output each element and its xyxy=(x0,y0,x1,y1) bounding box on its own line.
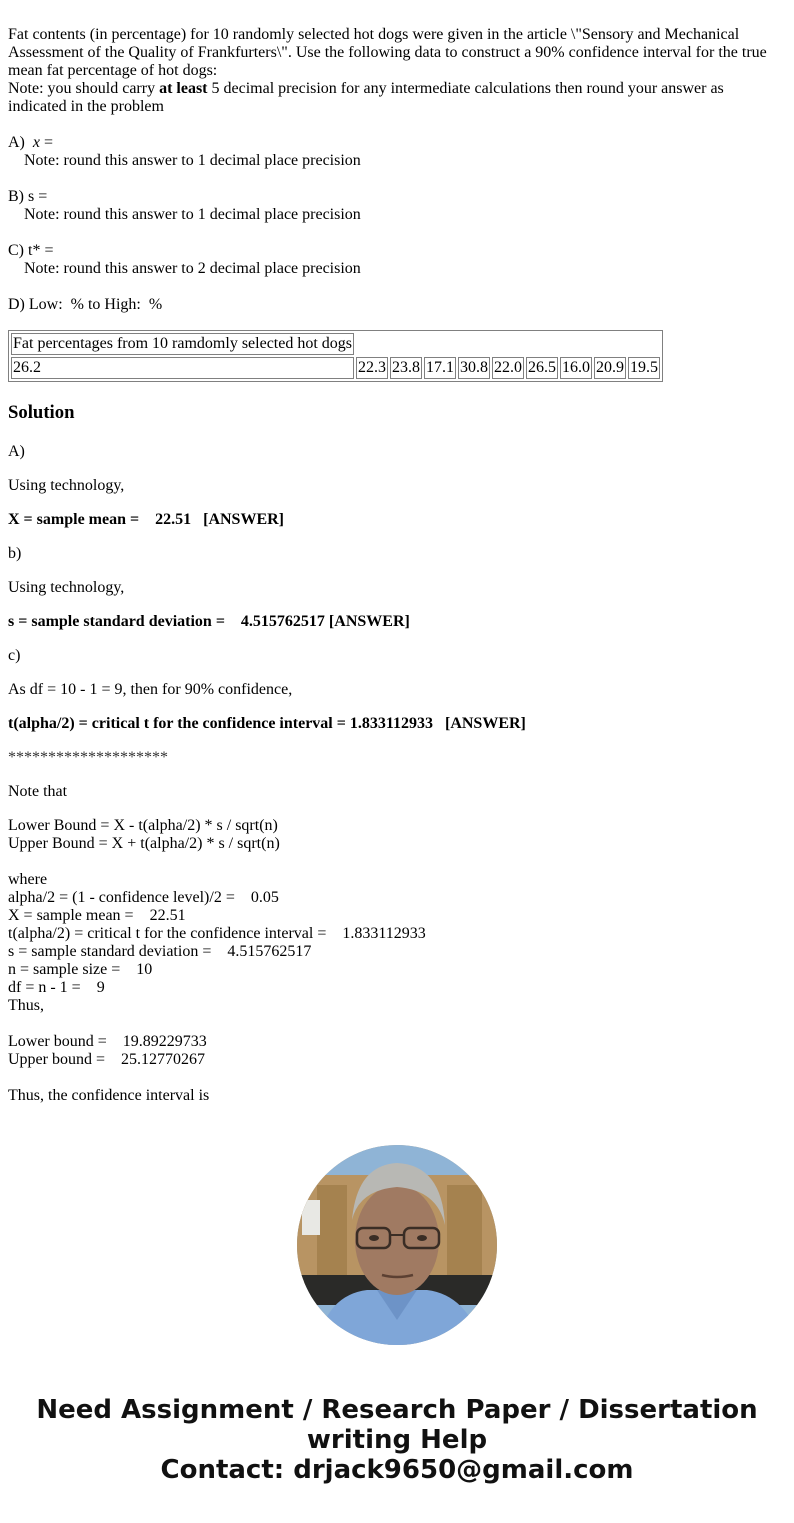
part-c: C) t* = Note: round this answer to 2 dec… xyxy=(8,242,786,278)
precision-note: Note: you should carry at least 5 decima… xyxy=(8,80,786,116)
promo-contact: Contact: drjack9650@gmail.com xyxy=(8,1455,786,1485)
solution-a-method: Using technology, xyxy=(8,477,786,495)
part-c-var: t* xyxy=(28,242,40,259)
question-intro: Fat contents (in percentage) for 10 rand… xyxy=(8,26,786,116)
note-that: Note that xyxy=(8,783,786,801)
solution-c-label: c) xyxy=(8,647,786,665)
lower-bound-value: Lower bound = 19.89229733 xyxy=(8,1033,786,1051)
part-a: A) x = Note: round this answer to 1 deci… xyxy=(8,134,786,170)
solution-section: Solution A) Using technology, X = sample… xyxy=(8,402,786,1105)
solution-heading: Solution xyxy=(8,402,786,424)
table-cell-value: 17.1 xyxy=(424,357,456,379)
where-line: alpha/2 = (1 - confidence level)/2 = 0.0… xyxy=(8,889,786,907)
table-values-row: 26.222.323.817.130.822.026.516.020.919.5 xyxy=(11,357,660,379)
part-a-var: x xyxy=(33,134,40,151)
table-cell-value: 16.0 xyxy=(560,357,592,379)
solution-c-df: As df = 10 - 1 = 9, then for 90% confide… xyxy=(8,681,786,699)
table-cell-value: 22.0 xyxy=(492,357,524,379)
part-a-label: A) xyxy=(8,134,33,151)
part-b: B) s = Note: round this answer to 1 deci… xyxy=(8,188,786,224)
author-photo xyxy=(297,1145,497,1345)
portrait-icon xyxy=(297,1145,497,1345)
part-a-note: Note: round this answer to 1 decimal pla… xyxy=(8,152,786,170)
upper-bound-value: Upper bound = 25.12770267 xyxy=(8,1051,786,1069)
where-line: s = sample standard deviation = 4.515762… xyxy=(8,943,786,961)
where-definitions: alpha/2 = (1 - confidence level)/2 = 0.0… xyxy=(8,889,786,1015)
table-cell-value: 20.9 xyxy=(594,357,626,379)
table-cell-value: 19.5 xyxy=(628,357,660,379)
part-b-label: B) xyxy=(8,188,28,205)
table-cell-value: 26.2 xyxy=(11,357,354,379)
table-cell-value: 26.5 xyxy=(526,357,558,379)
fat-percentage-table: Fat percentages from 10 ramdomly selecte… xyxy=(8,330,663,382)
upper-bound-formula: Upper Bound = X + t(alpha/2) * s / sqrt(… xyxy=(8,835,786,853)
promo-line-2: writing Help xyxy=(8,1425,786,1455)
page: Fat contents (in percentage) for 10 rand… xyxy=(0,0,794,1515)
where-line: df = n - 1 = 9 xyxy=(8,979,786,997)
solution-b-answer: s = sample standard deviation = 4.515762… xyxy=(8,613,786,631)
part-b-note: Note: round this answer to 1 decimal pla… xyxy=(8,206,786,224)
promo-footer: Need Assignment / Research Paper / Disse… xyxy=(8,1395,786,1515)
part-c-label: C) xyxy=(8,242,28,259)
part-d: D) Low: % to High: % xyxy=(8,296,786,314)
conclusion: Thus, the confidence interval is xyxy=(8,1087,786,1105)
where-line: n = sample size = 10 xyxy=(8,961,786,979)
intro-text: Fat contents (in percentage) for 10 rand… xyxy=(8,26,786,80)
solution-a-answer: X = sample mean = 22.51 [ANSWER] xyxy=(8,511,786,529)
where-label: where xyxy=(8,871,786,889)
table-header-row: Fat percentages from 10 ramdomly selecte… xyxy=(11,333,660,355)
where-line: X = sample mean = 22.51 xyxy=(8,907,786,925)
author-photo-wrap xyxy=(8,1145,786,1345)
solution-a-label: A) xyxy=(8,443,786,461)
table-cell-value: 22.3 xyxy=(356,357,388,379)
solution-c-answer: t(alpha/2) = critical t for the confiden… xyxy=(8,715,786,733)
solution-b-method: Using technology, xyxy=(8,579,786,597)
emphasis-at-least: at least xyxy=(159,80,207,97)
part-c-note: Note: round this answer to 2 decimal pla… xyxy=(8,260,786,278)
promo-line-1: Need Assignment / Research Paper / Disse… xyxy=(8,1395,786,1425)
separator-stars: ******************** xyxy=(8,749,786,767)
where-line: Thus, xyxy=(8,997,786,1015)
lower-bound-formula: Lower Bound = X - t(alpha/2) * s / sqrt(… xyxy=(8,817,786,835)
table-header-cell: Fat percentages from 10 ramdomly selecte… xyxy=(11,333,354,355)
table-cell-value: 30.8 xyxy=(458,357,490,379)
table-cell-value: 23.8 xyxy=(390,357,422,379)
where-line: t(alpha/2) = critical t for the confiden… xyxy=(8,925,786,943)
solution-b-label: b) xyxy=(8,545,786,563)
